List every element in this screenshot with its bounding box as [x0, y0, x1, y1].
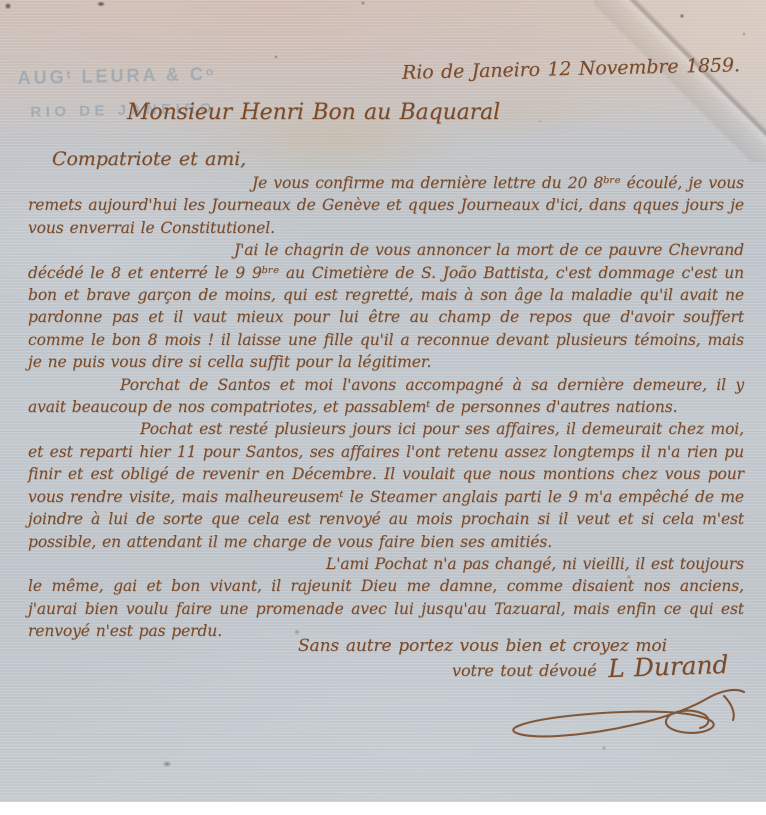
body-paragraph: Porchat de Santos et moi l'avons accompa… — [28, 374, 744, 419]
folded-corner — [594, 0, 766, 162]
signature-flourish — [498, 686, 752, 750]
stamp-firm-name: AUGᵗ LEURA & Cᵒ — [17, 64, 216, 89]
signature-name: L Durand — [608, 650, 729, 683]
body-paragraph: L'ami Pochat n'a pas changé, ni vieilli,… — [28, 553, 744, 643]
letter-body: Je vous confirme ma dernière lettre du 2… — [28, 172, 744, 643]
letter-salutation: Compatriote et ami, — [52, 148, 246, 170]
closing-subline: votre tout dévoué — [452, 661, 597, 680]
body-paragraph: Je vous confirme ma dernière lettre du 2… — [28, 172, 744, 239]
letter-recipient: Monsieur Henri Bon au Baquaral — [127, 100, 500, 125]
body-paragraph: Pochat est resté plusieurs jours ici pou… — [28, 418, 744, 552]
body-paragraph: J'ai le chagrin de vous annoncer la mort… — [28, 239, 744, 373]
scanned-letter: AUGᵗ LEURA & Cᵒ RIO DE JANEIRO Rio de Ja… — [0, 0, 766, 815]
